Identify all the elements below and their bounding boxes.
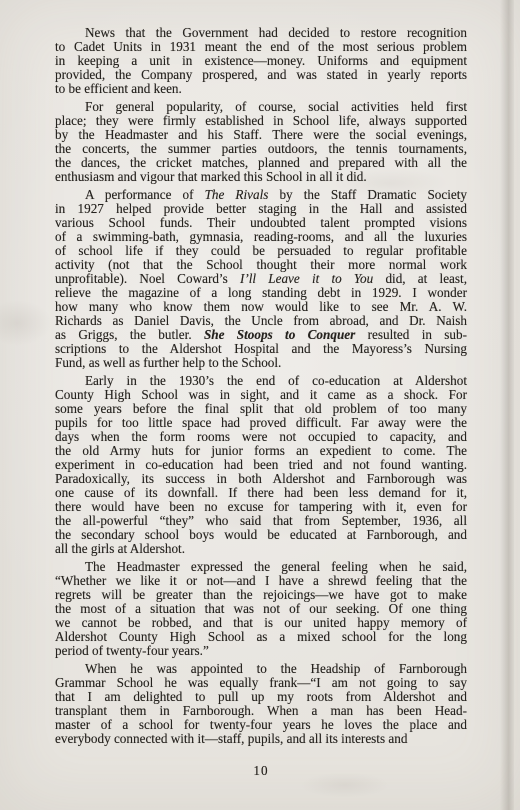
- page-edge-shadow: [500, 0, 514, 810]
- text-line: the concerts, the summer parties outdoor…: [55, 142, 467, 156]
- text-line: activity (not that the School thought th…: [55, 258, 467, 272]
- text-line: the dances, the cricket matches, planned…: [55, 156, 467, 170]
- page-number: 10: [55, 763, 467, 779]
- text-line: When he was appointed to the Headship of…: [55, 662, 467, 676]
- text-line: in keeping a unit in existence—money. Un…: [55, 54, 467, 68]
- text-line: the old Army huts for junior forms an ex…: [55, 444, 467, 458]
- text-line: relieve the magazine of a long standing …: [55, 286, 467, 300]
- text-line: “Whether we like it or not—and I have a …: [55, 574, 467, 588]
- text-line: unprofitable). Noel Coward’s I’ll Leave …: [55, 272, 467, 286]
- text-line: as Griggs, the butler. She Stoops to Con…: [55, 328, 467, 342]
- text-line: enthusiasm and vigour that marked this S…: [55, 170, 467, 184]
- text-line: in 1927 helped provide better staging in…: [55, 202, 467, 216]
- text-line: place; they were firmly established in S…: [55, 114, 467, 128]
- text-line: some years before the final split that o…: [55, 402, 467, 416]
- text-line: County High School was in sight, and it …: [55, 388, 467, 402]
- text-line: how many who know them now would like to…: [55, 300, 467, 314]
- text-line: of school life if they could be persuade…: [55, 244, 467, 258]
- text-line: transplant them in Farnborough. When a m…: [55, 704, 467, 718]
- text-line: all the girls at Aldershot.: [55, 542, 467, 556]
- text-line: Grammar School he was equally frank—“I a…: [55, 676, 467, 690]
- paragraph: A performance of The Rivals by the Staff…: [55, 188, 467, 370]
- text-line: to Cadet Units in 1931 meant the end of …: [55, 40, 467, 54]
- text-block: News that the Government had decided to …: [55, 26, 467, 746]
- text-line: that I am delighted to pull up my roots …: [55, 690, 467, 704]
- paragraph: Early in the 1930’s the end of co-educat…: [55, 374, 467, 556]
- text-line: The Headmaster expressed the general fee…: [55, 560, 467, 574]
- text-line: pupils for too little space had proved d…: [55, 416, 467, 430]
- text-line: master of a school for twenty-four years…: [55, 718, 467, 732]
- paragraph: For general popularity, of course, socia…: [55, 100, 467, 184]
- text-line: one cause of its downfall. If there had …: [55, 486, 467, 500]
- paper-stain: [0, 300, 52, 346]
- text-line: Early in the 1930’s the end of co-educat…: [55, 374, 467, 388]
- text-line: scriptions to the Aldershot Hospital and…: [55, 342, 467, 356]
- text-line: days when the form rooms were not occupi…: [55, 430, 467, 444]
- text-line: For general popularity, of course, socia…: [55, 100, 467, 114]
- text-line: News that the Government had decided to …: [55, 26, 467, 40]
- text-line: to be efficient and keen.: [55, 82, 467, 96]
- paragraph: When he was appointed to the Headship of…: [55, 662, 467, 746]
- text-line: the most of a situation that was not of …: [55, 602, 467, 616]
- text-line: provided, the Company prospered, and was…: [55, 68, 467, 82]
- text-line: A performance of The Rivals by the Staff…: [55, 188, 467, 202]
- text-line: everybody connected with it—staff, pupil…: [55, 732, 467, 746]
- text-line: period of twenty-four years.”: [55, 644, 467, 658]
- paragraph: The Headmaster expressed the general fee…: [55, 560, 467, 658]
- text-line: the all-powerful “they” who said that fr…: [55, 514, 467, 528]
- text-line: Aldershot County High School as a mixed …: [55, 630, 467, 644]
- text-line: the secondary school boys would be educa…: [55, 528, 467, 542]
- text-line: regrets will be greater than the rejoici…: [55, 588, 467, 602]
- text-line: there would have been no excuse for tamp…: [55, 500, 467, 514]
- text-line: we cannot be robbed, and that is our uni…: [55, 616, 467, 630]
- text-line: various School funds. Their undoubted ta…: [55, 216, 467, 230]
- scanned-book-page: News that the Government had decided to …: [0, 0, 520, 810]
- paragraph: News that the Government had decided to …: [55, 26, 467, 96]
- text-line: of a swimming-bath, gymnasia, reading-ro…: [55, 230, 467, 244]
- text-line: by the Headmaster and his Staff. There w…: [55, 128, 467, 142]
- text-line: Paradoxically, its success in both Alder…: [55, 472, 467, 486]
- text-line: experiment in co-education had been trie…: [55, 458, 467, 472]
- text-line: Richards as Daniel Davis, the Uncle from…: [55, 314, 467, 328]
- text-line: Fund, as well as further help to the Sch…: [55, 356, 467, 370]
